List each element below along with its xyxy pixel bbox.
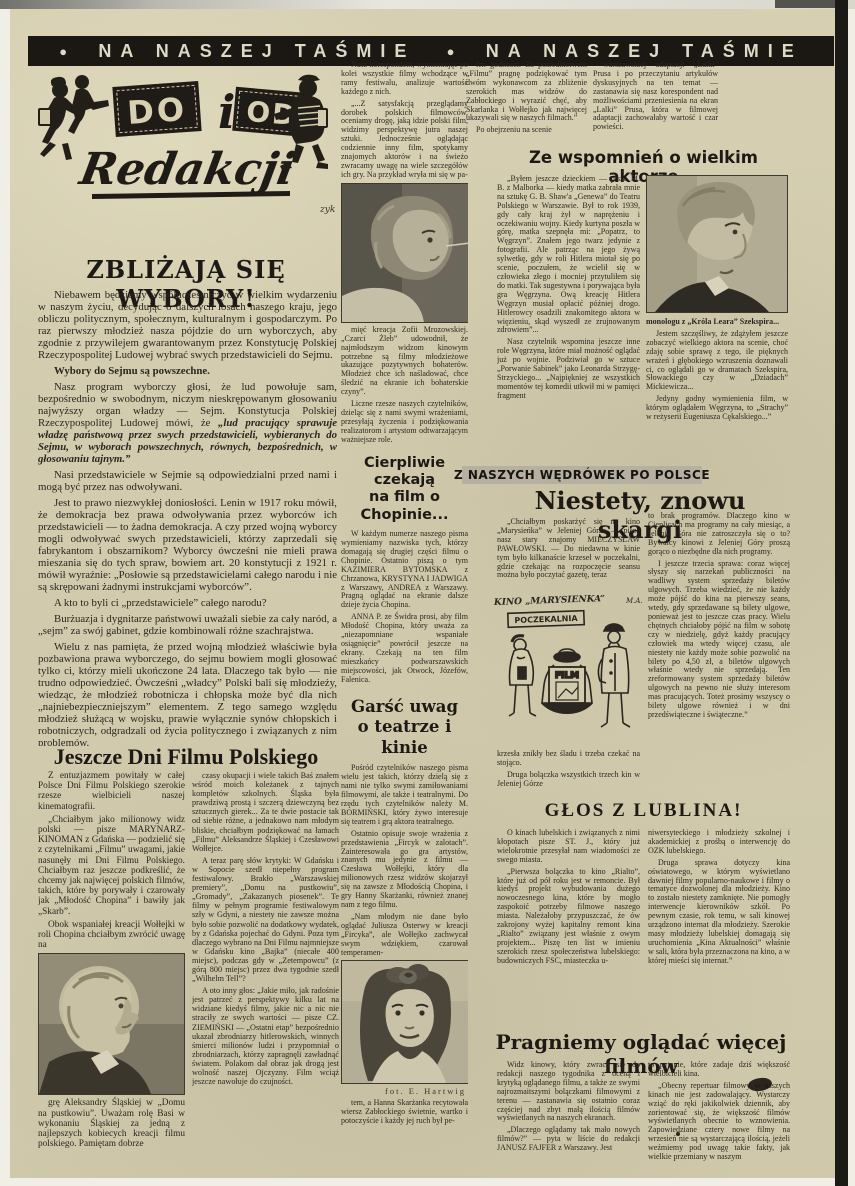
paragraph: „Chciałbym jako milionowy widz polski — …: [38, 815, 185, 917]
headline-garsc-uwag: Garść uwag o teatrze i kinie: [341, 697, 468, 759]
headline-jeszcze-dni-filmu: Jeszcze Dni Filmu Polskiego: [36, 744, 336, 770]
wegrzyn-portrait-photo: [646, 175, 788, 313]
paragraph: I jeszcze trzecia sprawa: coraz więcej s…: [648, 560, 790, 720]
skarzanka-portrait-photo: [341, 960, 468, 1084]
paragraph: to pytanie, które zadaje dziś większość …: [648, 1061, 790, 1079]
paragraph: krzesła znikły bez śladu i trzeba czekać…: [497, 750, 640, 768]
photo-zofia-mrozowska: [341, 183, 468, 323]
cartoon-drawing: KINO „MARYSIEŃKA” M.A. POCZEKALNIA: [490, 595, 645, 750]
paragraph: Ostatnio opisuje swoje wrażenia z przeds…: [341, 830, 468, 910]
banner-bullet-icon: ●: [59, 44, 67, 59]
paragraph: Burżuazja i dygnitarze państwowi uważali…: [38, 613, 337, 637]
standing-man-figure: [598, 624, 630, 727]
headline-line: Garść uwag: [341, 697, 468, 718]
paragraph: Z entuzjazmem powitały w całej Polsce Dn…: [38, 771, 185, 812]
niestety-column-2: to brak programów. Dlaczego kino w Ciepl…: [648, 512, 790, 794]
paragraph: Widz kinowy, który zwraca się do redakcj…: [497, 1061, 640, 1123]
paragraph: „Obecny repertuar filmowy w naszych kina…: [648, 1082, 790, 1162]
cartoonist-signature: M.A.: [625, 597, 643, 605]
do-label: DO: [126, 90, 188, 132]
paragraph: „Byłem jeszcze dzieckiem — pisze M. B. z…: [497, 175, 640, 335]
photo-aleksandra-slaska: [38, 953, 185, 1095]
headline-cierpliwie-czekaja: Cierpliwie czekają na film o Chopinie...: [341, 455, 468, 525]
paragraph: Nasi przedstawiciele w Sejmie są odpowie…: [38, 469, 337, 493]
paragraph: A oto inny głos: „Jakie miło, jak radośn…: [192, 986, 339, 1086]
waiting-woman-figure: [509, 636, 536, 716]
paragraph: Jest to prawo niezwykłej doniosłości. Le…: [38, 497, 337, 593]
pragniemy-column-1: Widz kinowy, który zwraca się do redakcj…: [497, 1061, 640, 1168]
squatting-reader-figure: FILM: [542, 649, 592, 713]
paragraph: „Pierwsza bolączka to kino „Rialto”, któ…: [497, 868, 640, 966]
banner-text-left: NA NASZEJ TAŚMIE: [98, 41, 415, 62]
photo-caption: monologu z „Króla Leara” Szekspira...: [646, 318, 788, 327]
paragraph: Druga sprawa dotyczy kina oświatowego, w…: [648, 859, 790, 966]
newspaper-page: ● NA NASZEJ TAŚMIE ● NA NASZEJ TAŚMIE DO: [0, 0, 855, 1186]
conjunction-i: i: [218, 85, 235, 139]
paragraph: łen godności. Za pośrednictwem „Filmu” p…: [466, 61, 587, 123]
redakcji-label: Redakcji: [74, 143, 299, 195]
niestety-column-1: „Chciałbym poskarżyć się na kino „Marysi…: [497, 518, 640, 597]
paragraph: tem, a Hanna Skarżanka recytowała wiersz…: [341, 1099, 468, 1126]
paragraph: „Dlaczego oglądamy tak mało nowych filmó…: [497, 1126, 640, 1153]
lublin-column-2: niwersyteckiego i młodzieży szkolnej i a…: [648, 829, 790, 1028]
mrozowska-portrait-photo: [341, 183, 468, 323]
scan-edge-right: [835, 0, 848, 1186]
headline-line: Cierpliwie czekają: [341, 455, 468, 490]
slaska-portrait-photo: [38, 953, 185, 1095]
illustrator-signature: zyk: [319, 205, 335, 215]
paragraph: Druga bolączka wszystkich trzech kin w J…: [497, 771, 640, 789]
paragraph: czasy okupacji i wiele takich Baś znałem…: [192, 771, 339, 853]
paragraph: A teraz parę słów krytyki: W Gdańsku i w…: [192, 856, 339, 983]
photo-hanna-skarzanka: [341, 960, 468, 1084]
paragraph: Wielu z nas pamięta, że przed wojną młod…: [38, 641, 337, 746]
banner-text-right: NA NASZEJ TAŚMIE: [486, 41, 803, 62]
paragraph: Jestem szczęśliwy, że zdążyłem jeszcze z…: [646, 330, 788, 392]
paragraph: mięć kreacja Zofii Mrozowskiej. „Czarci …: [341, 326, 468, 397]
cartoon-kino-marysienka: KINO „MARYSIEŃKA” M.A. POCZEKALNIA: [490, 595, 645, 750]
paragraph: Liczne rzesze naszych czytelników, dziel…: [341, 400, 468, 445]
redakcji-script: Redakcji: [74, 143, 299, 195]
waiting-room-sign: POCZEKALNIA: [514, 614, 578, 625]
wspomnienia-column-2: monologu z „Króla Leara” Szekspira... Je…: [646, 318, 788, 465]
masthead-illustration: DO i OD Redakcji: [36, 64, 336, 216]
paragraph: warszawskiej adaptacji „Lalki” Prusa i p…: [593, 61, 718, 132]
correspondent-column-2: łen godności. Za pośrednictwem „Filmu” p…: [466, 61, 587, 160]
paragraph: O kinach lubelskich i związanych z nimi …: [497, 829, 640, 865]
cartoon-sign-text: KINO „MARYSIEŃKA”: [493, 595, 606, 608]
photo-jozef-wegrzyn: [646, 175, 788, 313]
paragraph: grę Aleksandry Śląskiej w „Domu na pustk…: [38, 1098, 185, 1149]
paragraph: „Chciałbym poskarżyć się na kino „Marysi…: [497, 518, 640, 580]
paragraph: „...Z satysfakcją przeglądamy dorobek po…: [341, 100, 468, 180]
do-box: DO: [112, 81, 201, 137]
dni-filmu-column-2: czasy okupacji i wiele takich Baś znałem…: [192, 771, 339, 1165]
wspomnienia-column-1: „Byłem jeszcze dzieckiem — pisze M. B. z…: [497, 175, 640, 466]
paragraph: Niebawem będziemy współuczestniczyć w wi…: [38, 289, 337, 361]
correspondent-column-3: warszawskiej adaptacji „Lalki” Prusa i p…: [593, 61, 718, 149]
paragraph: Pośród czytelników naszego pisma wielu j…: [341, 764, 468, 826]
scan-edge-top: [0, 0, 855, 9]
paragraph: niwersyteckiego i młodzieży szkolnej i a…: [648, 829, 790, 856]
ink-speck: [676, 1132, 680, 1136]
paragraph: Nasz czytelnik wspomina jeszcze inne rol…: [497, 338, 640, 400]
paragraph: ANNA P. ze Świdra prosi, aby film Młodoś…: [341, 613, 468, 684]
paragraph: Nasz korespondent, wymieniając po kolei …: [341, 61, 468, 97]
pragniemy-column-2: to pytanie, które zadaje dziś większość …: [648, 1061, 790, 1168]
section-banner-wedrowki: Z NASZYCH WĘDRÓWEK PO POLSCE: [462, 466, 702, 484]
banner-bullet-icon: ●: [447, 44, 455, 59]
photo-credit: fot. E. Hartwig: [341, 1087, 466, 1096]
paragraph: Jedyny godny wymienienia film, w którym …: [646, 395, 788, 422]
niestety-column-1-continued: krzesła znikły bez śladu i trzeba czekać…: [497, 750, 640, 794]
paragraph: Wybory do Sejmu są powszechne.: [38, 365, 337, 377]
paragraph: W każdym numerze naszego pisma wymieniam…: [341, 530, 468, 610]
masthead-do-i-od-redakcji: DO i OD Redakcji: [36, 64, 336, 216]
headline-glos-z-lublina: GŁOS Z LUBLINA!: [497, 800, 790, 822]
paragraph: to brak programów. Dlaczego kino w Ciepl…: [648, 512, 790, 557]
lublin-column-1: O kinach lubelskich i związanych z nimi …: [497, 829, 640, 1028]
headline-line: na film o Chopinie...: [341, 489, 468, 524]
magazine-title: FILM: [555, 671, 579, 681]
paragraph: „Nam młodym nie dane było oglądać Julius…: [341, 913, 468, 958]
article-wybory-body: Niebawem będziemy współuczestniczyć w wi…: [38, 289, 337, 746]
paragraph: Nasz program wyborczy głosi, że lud powo…: [38, 381, 337, 465]
headline-line: o teatrze i kinie: [341, 717, 468, 758]
middle-column: Nasz korespondent, wymieniając po kolei …: [341, 61, 468, 1169]
paragraph: Obok wspaniałej kreacji Wołłejki w roli …: [38, 920, 185, 951]
dni-filmu-column-1: Z entuzjazmem powitały w całej Polsce Dn…: [38, 771, 185, 1165]
paragraph: Po obejrzeniu na scenie: [466, 126, 587, 135]
scan-smudge-top-right: [775, 0, 835, 8]
paragraph: A kto to byli ci „przedstawiciele” całeg…: [38, 597, 337, 609]
